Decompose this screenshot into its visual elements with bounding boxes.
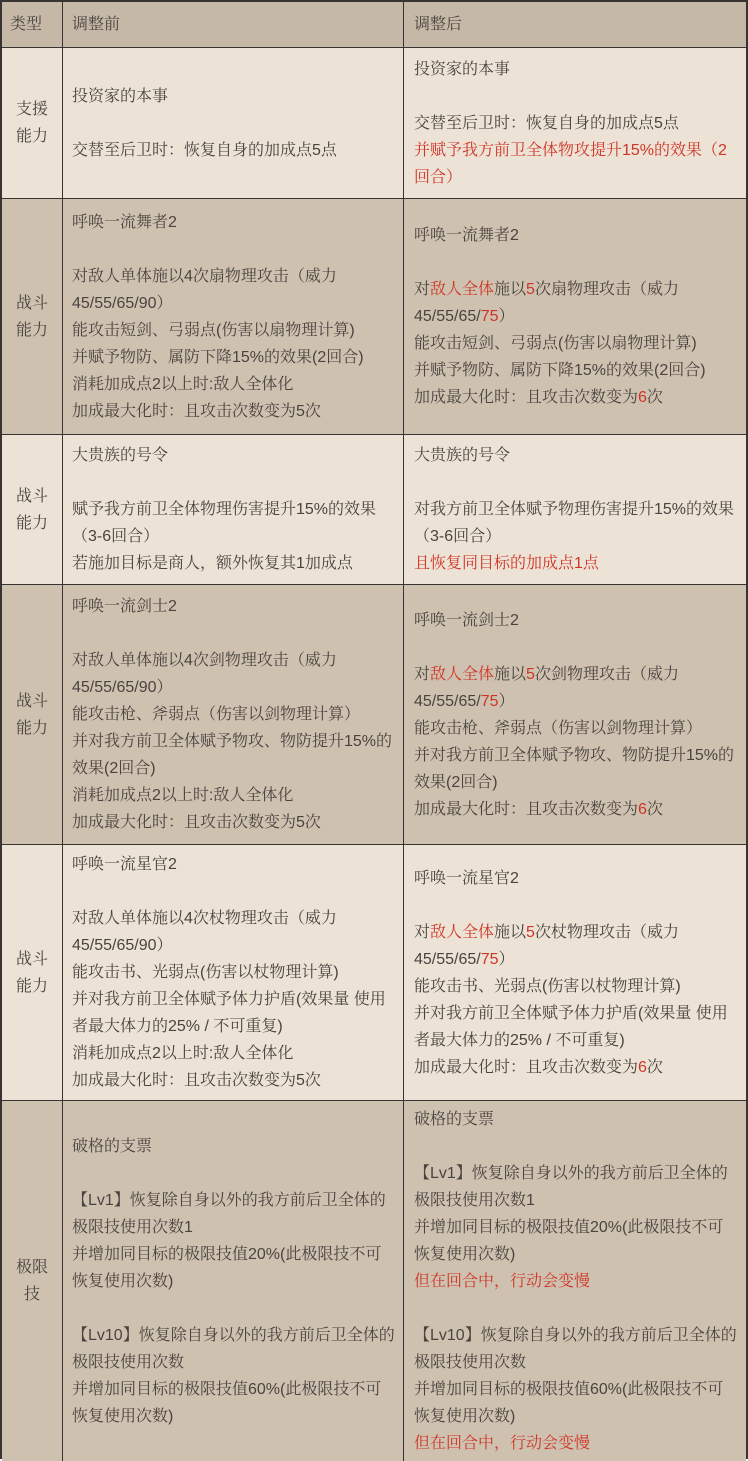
table-row: 极限技破格的支票【Lv1】恢复除自身以外的我方前后卫全体的极限技使用次数1并增加… <box>2 1100 746 1461</box>
text-segment: 呼唤一流舞者2 <box>414 227 519 244</box>
text-line: 呼唤一流剑士2 <box>414 607 738 634</box>
after-adjustment-cell: 呼唤一流星官2对敌人全体施以5次杖物理攻击（威力45/55/65/75）能攻击书… <box>403 845 746 1100</box>
changed-text-segment: 5 <box>526 924 535 941</box>
text-segment: 破格的支票 <box>414 1111 494 1128</box>
text-line: 能攻击短剑、弓弱点(伤害以扇物理计算) <box>72 317 395 344</box>
text-line: 对敌人单体施以4次扇物理攻击（威力45/55/65/90） <box>72 263 395 317</box>
text-line: 呼唤一流星官2 <box>414 865 738 892</box>
text-segment: 并增加同目标的极限技值20%(此极限技不可恢复使用次数) <box>414 1219 723 1263</box>
before-adjustment-cell: 投资家的本事交替至后卫时：恢复自身的加成点5点 <box>62 48 403 198</box>
text-segment: 次 <box>647 389 663 406</box>
text-line: 对敌人单体施以4次剑物理攻击（威力45/55/65/90） <box>72 647 395 701</box>
cell-content: 呼唤一流舞者2对敌人全体施以5次扇物理攻击（威力45/55/65/75）能攻击短… <box>414 222 738 411</box>
text-segment: 若施加目标是商人，额外恢复其1加成点 <box>72 555 353 572</box>
text-line: 加成最大化时：且攻击次数变为6次 <box>414 384 738 411</box>
text-segment: 投资家的本事 <box>72 88 168 105</box>
row-type-label: 支援能力 <box>12 96 52 150</box>
text-segment: ） <box>499 693 515 710</box>
cell-content: 破格的支票【Lv1】恢复除自身以外的我方前后卫全体的极限技使用次数1并增加同目标… <box>72 1133 395 1430</box>
text-line: 加成最大化时：且攻击次数变为5次 <box>72 398 395 425</box>
text-line: 对敌人全体施以5次杖物理攻击（威力45/55/65/75） <box>414 919 738 973</box>
text-segment: 并对我方前卫全体赋予体力护盾(效果量 使用者最大体力的25% / 不可重复) <box>414 1005 728 1049</box>
cell-content: 大贵族的号令对我方前卫全体赋予物理伤害提升15%的效果（3-6回合）且恢复同目标… <box>414 442 738 577</box>
text-line: 呼唤一流星官2 <box>72 851 395 878</box>
changed-text-segment: 75 <box>481 308 499 325</box>
table-row: 战斗能力呼唤一流剑士2对敌人单体施以4次剑物理攻击（威力45/55/65/90）… <box>2 584 746 844</box>
text-segment: 并对我方前卫全体赋予物攻、物防提升15%的效果(2回合) <box>72 733 392 777</box>
text-line: 并对我方前卫全体赋予体力护盾(效果量 使用者最大体力的25% / 不可重复) <box>414 1000 738 1054</box>
header-cell-after: 调整后 <box>403 2 746 47</box>
before-adjustment-cell: 破格的支票【Lv1】恢复除自身以外的我方前后卫全体的极限技使用次数1并增加同目标… <box>62 1101 403 1461</box>
text-segment: 能攻击短剑、弓弱点(伤害以扇物理计算) <box>72 322 355 339</box>
text-segment: 对 <box>414 924 430 941</box>
text-segment: 加成最大化时：且攻击次数变为 <box>414 389 638 406</box>
text-segment: 【Lv1】恢复除自身以外的我方前后卫全体的极限技使用次数1 <box>414 1165 728 1209</box>
text-segment: 对敌人单体施以4次扇物理攻击（威力45/55/65/90） <box>72 268 337 312</box>
text-line: 大贵族的号令 <box>414 442 738 469</box>
after-adjustment-cell: 呼唤一流舞者2对敌人全体施以5次扇物理攻击（威力45/55/65/75）能攻击短… <box>403 199 746 434</box>
row-type-label: 战斗能力 <box>12 688 52 742</box>
text-line: 并增加同目标的极限技值60%(此极限技不可恢复使用次数) <box>414 1376 738 1430</box>
text-segment: 加成最大化时：且攻击次数变为5次 <box>72 403 321 420</box>
changed-text-segment: 6 <box>638 801 647 818</box>
cell-content: 呼唤一流剑士2对敌人全体施以5次剑物理攻击（威力45/55/65/75）能攻击枪… <box>414 607 738 823</box>
blank-line <box>414 1133 738 1160</box>
text-line: 并对我方前卫全体赋予体力护盾(效果量 使用者最大体力的25% / 不可重复) <box>72 986 395 1040</box>
text-line: 能攻击书、光弱点(伤害以杖物理计算) <box>72 959 395 986</box>
text-line: 对我方前卫全体赋予物理伤害提升15%的效果（3-6回合） <box>414 496 738 550</box>
changed-text-segment: 5 <box>526 666 535 683</box>
text-line: 消耗加成点2以上时:敌人全体化 <box>72 782 395 809</box>
after-adjustment-cell: 破格的支票【Lv1】恢复除自身以外的我方前后卫全体的极限技使用次数1并增加同目标… <box>403 1101 746 1461</box>
row-type-cell: 战斗能力 <box>2 845 62 1100</box>
text-line: 赋予我方前卫全体物理伤害提升15%的效果（3-6回合） <box>72 496 395 550</box>
blank-line <box>72 1160 395 1187</box>
text-line: 投资家的本事 <box>414 56 738 83</box>
text-segment: 呼唤一流剑士2 <box>72 598 177 615</box>
text-line: 能攻击枪、斧弱点（伤害以剑物理计算） <box>414 715 738 742</box>
text-line: 消耗加成点2以上时:敌人全体化 <box>72 1040 395 1067</box>
text-segment: 呼唤一流星官2 <box>72 856 177 873</box>
text-line: 并对我方前卫全体赋予物攻、物防提升15%的效果(2回合) <box>414 742 738 796</box>
text-line: 但在回合中，行动会变慢 <box>414 1268 738 1295</box>
before-adjustment-cell: 呼唤一流舞者2对敌人单体施以4次扇物理攻击（威力45/55/65/90）能攻击短… <box>62 199 403 434</box>
text-line: 且恢复同目标的加成点1点 <box>414 550 738 577</box>
text-segment: 赋予我方前卫全体物理伤害提升15%的效果（3-6回合） <box>72 501 376 545</box>
text-line: 呼唤一流舞者2 <box>72 209 395 236</box>
row-type-label: 极限技 <box>12 1254 52 1308</box>
blank-line <box>72 878 395 905</box>
text-segment: 次 <box>647 801 663 818</box>
text-line: 消耗加成点2以上时:敌人全体化 <box>72 371 395 398</box>
text-segment: 消耗加成点2以上时:敌人全体化 <box>72 1045 293 1062</box>
text-line: 并对我方前卫全体赋予物攻、物防提升15%的效果(2回合) <box>72 728 395 782</box>
text-segment: 对 <box>414 666 430 683</box>
row-type-label: 战斗能力 <box>12 946 52 1000</box>
text-line: 能攻击短剑、弓弱点(伤害以扇物理计算) <box>414 330 738 357</box>
table-row: 战斗能力大贵族的号令赋予我方前卫全体物理伤害提升15%的效果（3-6回合）若施加… <box>2 434 746 584</box>
after-adjustment-cell: 呼唤一流剑士2对敌人全体施以5次剑物理攻击（威力45/55/65/75）能攻击枪… <box>403 585 746 844</box>
text-segment: 能攻击书、光弱点(伤害以杖物理计算) <box>414 978 681 995</box>
text-segment: ） <box>499 308 515 325</box>
cell-content: 破格的支票【Lv1】恢复除自身以外的我方前后卫全体的极限技使用次数1并增加同目标… <box>414 1106 738 1457</box>
text-segment: 交替至后卫时：恢复自身的加成点5点 <box>414 115 679 132</box>
text-segment: 施以 <box>494 281 526 298</box>
blank-line <box>414 1295 738 1322</box>
text-segment: 并增加同目标的极限技值60%(此极限技不可恢复使用次数) <box>72 1381 381 1425</box>
blank-line <box>414 469 738 496</box>
after-adjustment-cell: 大贵族的号令对我方前卫全体赋予物理伤害提升15%的效果（3-6回合）且恢复同目标… <box>403 435 746 584</box>
header-cell-before: 调整前 <box>62 2 403 47</box>
row-type-label: 战斗能力 <box>12 290 52 344</box>
text-line: 并增加同目标的极限技值20%(此极限技不可恢复使用次数) <box>72 1241 395 1295</box>
text-segment: 【Lv1】恢复除自身以外的我方前后卫全体的极限技使用次数1 <box>72 1192 386 1236</box>
text-segment: 投资家的本事 <box>414 61 510 78</box>
text-segment: 能攻击枪、斧弱点（伤害以剑物理计算） <box>72 706 360 723</box>
cell-content: 呼唤一流舞者2对敌人单体施以4次扇物理攻击（威力45/55/65/90）能攻击短… <box>72 209 395 425</box>
text-segment: 加成最大化时：且攻击次数变为5次 <box>72 1072 321 1089</box>
before-adjustment-cell: 呼唤一流星官2对敌人单体施以4次杖物理攻击（威力45/55/65/90）能攻击书… <box>62 845 403 1100</box>
cell-content: 呼唤一流星官2对敌人单体施以4次杖物理攻击（威力45/55/65/90）能攻击书… <box>72 851 395 1094</box>
blank-line <box>72 620 395 647</box>
text-line: 能攻击枪、斧弱点（伤害以剑物理计算） <box>72 701 395 728</box>
text-segment: 施以 <box>494 924 526 941</box>
blank-line <box>414 83 738 110</box>
blank-line <box>72 236 395 263</box>
text-segment: 并增加同目标的极限技值20%(此极限技不可恢复使用次数) <box>72 1246 381 1290</box>
text-segment: 并对我方前卫全体赋予体力护盾(效果量 使用者最大体力的25% / 不可重复) <box>72 991 386 1035</box>
text-segment: 次 <box>647 1059 663 1076</box>
skill-adjustment-table: 类型 调整前 调整后 支援能力投资家的本事交替至后卫时：恢复自身的加成点5点投资… <box>0 0 748 1459</box>
changed-text-segment: 敌人全体 <box>430 281 494 298</box>
text-segment: 对敌人单体施以4次杖物理攻击（威力45/55/65/90） <box>72 910 337 954</box>
blank-line <box>414 249 738 276</box>
text-line: 破格的支票 <box>414 1106 738 1133</box>
blank-line <box>72 110 395 137</box>
blank-line <box>72 1295 395 1322</box>
text-segment: 能攻击书、光弱点(伤害以杖物理计算) <box>72 964 339 981</box>
row-type-cell: 支援能力 <box>2 48 62 198</box>
after-adjustment-cell: 投资家的本事交替至后卫时：恢复自身的加成点5点并赋予我方前卫全体物攻提升15%的… <box>403 48 746 198</box>
changed-text-segment: 并赋予我方前卫全体物攻提升15%的效果（2回合） <box>414 142 727 186</box>
table-row: 战斗能力呼唤一流舞者2对敌人单体施以4次扇物理攻击（威力45/55/65/90）… <box>2 198 746 434</box>
table-row: 战斗能力呼唤一流星官2对敌人单体施以4次杖物理攻击（威力45/55/65/90）… <box>2 844 746 1100</box>
text-segment: 加成最大化时：且攻击次数变为 <box>414 801 638 818</box>
blank-line <box>414 892 738 919</box>
text-line: 投资家的本事 <box>72 83 395 110</box>
text-line: 对敌人全体施以5次扇物理攻击（威力45/55/65/75） <box>414 276 738 330</box>
header-cell-type: 类型 <box>2 2 62 47</box>
text-segment: 破格的支票 <box>72 1138 152 1155</box>
text-segment: 【Lv10】恢复除自身以外的我方前后卫全体的极限技使用次数 <box>72 1327 395 1371</box>
text-line: 【Lv10】恢复除自身以外的我方前后卫全体的极限技使用次数 <box>414 1322 738 1376</box>
text-segment: 并赋予物防、属防下降15%的效果(2回合) <box>414 362 706 379</box>
text-segment: 加成最大化时：且攻击次数变为 <box>414 1059 638 1076</box>
text-segment: 呼唤一流剑士2 <box>414 612 519 629</box>
row-type-label: 战斗能力 <box>12 483 52 537</box>
text-segment: 能攻击枪、斧弱点（伤害以剑物理计算） <box>414 720 702 737</box>
changed-text-segment: 但在回合中，行动会变慢 <box>414 1273 590 1290</box>
changed-text-segment: 75 <box>481 693 499 710</box>
changed-text-segment: 敌人全体 <box>430 666 494 683</box>
text-segment: 施以 <box>494 666 526 683</box>
changed-text-segment: 6 <box>638 1059 647 1076</box>
changed-text-segment: 但在回合中，行动会变慢 <box>414 1435 590 1452</box>
row-type-cell: 战斗能力 <box>2 585 62 844</box>
text-segment: 能攻击短剑、弓弱点(伤害以扇物理计算) <box>414 335 697 352</box>
text-line: 加成最大化时：且攻击次数变为6次 <box>414 1054 738 1081</box>
text-line: 对敌人全体施以5次剑物理攻击（威力45/55/65/75） <box>414 661 738 715</box>
text-segment: 并增加同目标的极限技值60%(此极限技不可恢复使用次数) <box>414 1381 723 1425</box>
text-segment: 消耗加成点2以上时:敌人全体化 <box>72 376 293 393</box>
blank-line <box>72 469 395 496</box>
text-segment: 大贵族的号令 <box>414 447 510 464</box>
cell-content: 呼唤一流星官2对敌人全体施以5次杖物理攻击（威力45/55/65/75）能攻击书… <box>414 865 738 1081</box>
text-line: 加成最大化时：且攻击次数变为5次 <box>72 809 395 836</box>
before-adjustment-cell: 大贵族的号令赋予我方前卫全体物理伤害提升15%的效果（3-6回合）若施加目标是商… <box>62 435 403 584</box>
text-line: 呼唤一流舞者2 <box>414 222 738 249</box>
text-segment: 加成最大化时：且攻击次数变为5次 <box>72 814 321 831</box>
text-segment: 对敌人单体施以4次剑物理攻击（威力45/55/65/90） <box>72 652 337 696</box>
text-segment: 大贵族的号令 <box>72 447 168 464</box>
blank-line <box>414 634 738 661</box>
text-segment: 呼唤一流星官2 <box>414 870 519 887</box>
text-line: 【Lv1】恢复除自身以外的我方前后卫全体的极限技使用次数1 <box>414 1160 738 1214</box>
text-line: 对敌人单体施以4次杖物理攻击（威力45/55/65/90） <box>72 905 395 959</box>
changed-text-segment: 且恢复同目标的加成点1点 <box>414 555 599 572</box>
text-segment: 对 <box>414 281 430 298</box>
changed-text-segment: 5 <box>526 281 535 298</box>
text-line: 但在回合中，行动会变慢 <box>414 1430 738 1457</box>
cell-content: 大贵族的号令赋予我方前卫全体物理伤害提升15%的效果（3-6回合）若施加目标是商… <box>72 442 395 577</box>
text-segment: 并对我方前卫全体赋予物攻、物防提升15%的效果(2回合) <box>414 747 734 791</box>
row-type-cell: 战斗能力 <box>2 435 62 584</box>
text-line: 并赋予物防、属防下降15%的效果(2回合) <box>414 357 738 384</box>
row-type-cell: 极限技 <box>2 1101 62 1461</box>
cell-content: 呼唤一流剑士2对敌人单体施以4次剑物理攻击（威力45/55/65/90）能攻击枪… <box>72 593 395 836</box>
text-line: 交替至后卫时：恢复自身的加成点5点 <box>414 110 738 137</box>
text-segment: 消耗加成点2以上时:敌人全体化 <box>72 787 293 804</box>
text-line: 破格的支票 <box>72 1133 395 1160</box>
changed-text-segment: 6 <box>638 389 647 406</box>
text-segment: 交替至后卫时：恢复自身的加成点5点 <box>72 142 337 159</box>
table-row: 支援能力投资家的本事交替至后卫时：恢复自身的加成点5点投资家的本事交替至后卫时：… <box>2 47 746 198</box>
text-segment: 对我方前卫全体赋予物理伤害提升15%的效果（3-6回合） <box>414 501 734 545</box>
cell-content: 投资家的本事交替至后卫时：恢复自身的加成点5点并赋予我方前卫全体物攻提升15%的… <box>414 56 738 191</box>
text-segment: ） <box>499 951 515 968</box>
text-line: 能攻击书、光弱点(伤害以杖物理计算) <box>414 973 738 1000</box>
before-adjustment-cell: 呼唤一流剑士2对敌人单体施以4次剑物理攻击（威力45/55/65/90）能攻击枪… <box>62 585 403 844</box>
text-line: 交替至后卫时：恢复自身的加成点5点 <box>72 137 395 164</box>
text-line: 加成最大化时：且攻击次数变为6次 <box>414 796 738 823</box>
text-line: 并增加同目标的极限技值20%(此极限技不可恢复使用次数) <box>414 1214 738 1268</box>
table-header-row: 类型 调整前 调整后 <box>2 2 746 47</box>
text-segment: 【Lv10】恢复除自身以外的我方前后卫全体的极限技使用次数 <box>414 1327 737 1371</box>
text-line: 并赋予物防、属防下降15%的效果(2回合) <box>72 344 395 371</box>
row-type-cell: 战斗能力 <box>2 199 62 434</box>
text-line: 【Lv1】恢复除自身以外的我方前后卫全体的极限技使用次数1 <box>72 1187 395 1241</box>
text-line: 呼唤一流剑士2 <box>72 593 395 620</box>
text-line: 并赋予我方前卫全体物攻提升15%的效果（2回合） <box>414 137 738 191</box>
text-line: 【Lv10】恢复除自身以外的我方前后卫全体的极限技使用次数 <box>72 1322 395 1376</box>
text-segment: 并赋予物防、属防下降15%的效果(2回合) <box>72 349 364 366</box>
text-line: 若施加目标是商人，额外恢复其1加成点 <box>72 550 395 577</box>
text-line: 大贵族的号令 <box>72 442 395 469</box>
text-segment: 呼唤一流舞者2 <box>72 214 177 231</box>
text-line: 并增加同目标的极限技值60%(此极限技不可恢复使用次数) <box>72 1376 395 1430</box>
changed-text-segment: 敌人全体 <box>430 924 494 941</box>
changed-text-segment: 75 <box>481 951 499 968</box>
cell-content: 投资家的本事交替至后卫时：恢复自身的加成点5点 <box>72 83 395 164</box>
text-line: 加成最大化时：且攻击次数变为5次 <box>72 1067 395 1094</box>
